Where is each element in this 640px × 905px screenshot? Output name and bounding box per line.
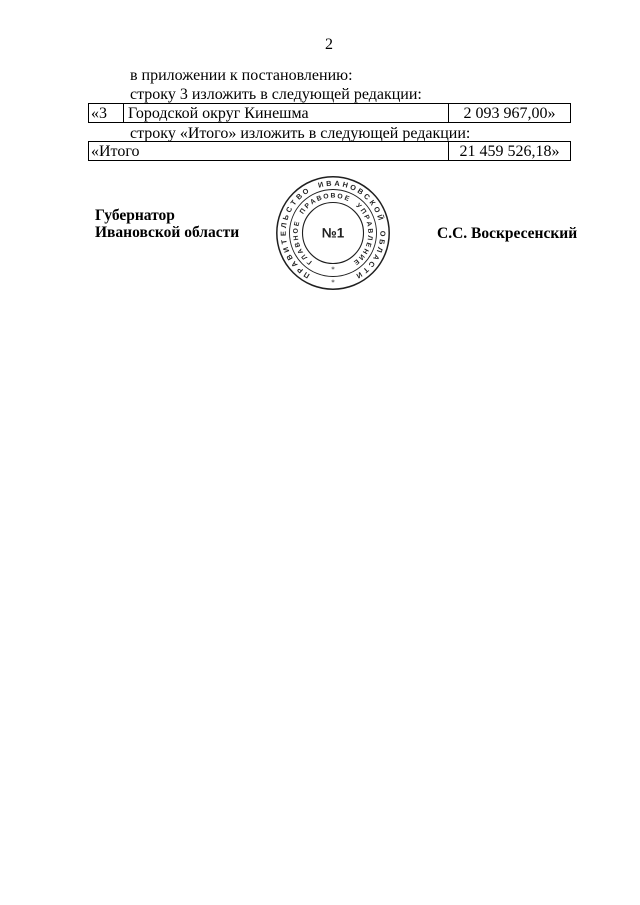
svg-text:И: И bbox=[355, 270, 364, 280]
stamp-number: №1 bbox=[322, 226, 345, 241]
amendment-intro-line: в приложении к постановлению: bbox=[130, 66, 353, 85]
total-label-cell: «Итого bbox=[89, 142, 449, 161]
svg-text:О: О bbox=[323, 193, 330, 201]
svg-text:В: В bbox=[366, 228, 373, 233]
svg-text:Т: Т bbox=[279, 238, 289, 245]
amendment-table-total: «Итого 21 459 526,18» bbox=[88, 141, 571, 161]
svg-text:О: О bbox=[372, 205, 383, 215]
amendment-row3-instruction: строку 3 изложить в следующей редакции: bbox=[130, 85, 422, 104]
svg-text:Е: Е bbox=[293, 221, 301, 228]
signatory-title: Губернатор Ивановской области bbox=[95, 208, 239, 241]
page-number: 2 bbox=[88, 36, 570, 54]
svg-text:Л: Л bbox=[375, 246, 385, 254]
document-page: 2 в приложении к постановлению: строку 3… bbox=[0, 0, 640, 905]
total-amount-cell: 21 459 526,18» bbox=[449, 142, 571, 161]
svg-text:В: В bbox=[294, 241, 302, 248]
table-row: «Итого 21 459 526,18» bbox=[89, 142, 571, 161]
svg-text:Ь: Ь bbox=[281, 213, 291, 221]
signatory-title-line1: Губернатор bbox=[95, 208, 239, 225]
svg-text:О: О bbox=[378, 231, 387, 237]
svg-text:А: А bbox=[365, 221, 373, 228]
signatory-name: С.С. Воскресенский bbox=[437, 225, 577, 242]
svg-text:Е: Е bbox=[352, 257, 360, 266]
svg-text:Е: Е bbox=[343, 195, 350, 203]
signatory-title-line2: Ивановской области bbox=[95, 225, 239, 242]
svg-text:О: О bbox=[301, 186, 311, 197]
svg-text:И: И bbox=[317, 180, 324, 190]
svg-text:Й: Й bbox=[375, 213, 385, 221]
svg-text:П: П bbox=[302, 270, 311, 280]
svg-text:Л: Л bbox=[279, 222, 289, 228]
row-number-cell: «3 bbox=[89, 104, 124, 123]
svg-text:В: В bbox=[316, 195, 323, 203]
table-row: «3 Городской округ Кинешма 2 093 967,00» bbox=[89, 104, 571, 123]
svg-text:Л: Л bbox=[366, 235, 374, 241]
official-stamp-seal: ПРАВИТЕЛЬСТВОИВАНОВСКОЙОБЛАСТИ ГЛАВНОЕПР… bbox=[274, 174, 392, 292]
svg-text:Н: Н bbox=[342, 180, 349, 190]
svg-text:*: * bbox=[331, 266, 335, 274]
svg-text:Б: Б bbox=[377, 238, 387, 245]
svg-text:В: В bbox=[284, 253, 294, 262]
svg-text:Н: Н bbox=[293, 235, 301, 241]
svg-text:*: * bbox=[331, 279, 335, 287]
amount-cell: 2 093 967,00» bbox=[449, 104, 571, 123]
amendment-table-row3: «3 Городской округ Кинешма 2 093 967,00» bbox=[88, 103, 571, 123]
svg-text:О: О bbox=[293, 228, 300, 234]
svg-text:В: В bbox=[326, 179, 332, 188]
svg-text:И: И bbox=[281, 246, 291, 254]
official-stamp: ПРАВИТЕЛЬСТВОИВАНОВСКОЙОБЛАСТИ ГЛАВНОЕПР… bbox=[274, 174, 392, 292]
svg-text:О: О bbox=[337, 193, 344, 201]
svg-text:В: В bbox=[331, 193, 336, 200]
municipality-cell: Городской округ Кинешма bbox=[124, 104, 449, 123]
svg-text:Е: Е bbox=[279, 231, 288, 236]
svg-text:А: А bbox=[334, 179, 341, 188]
stamp-separator-stars: ** bbox=[331, 266, 335, 287]
